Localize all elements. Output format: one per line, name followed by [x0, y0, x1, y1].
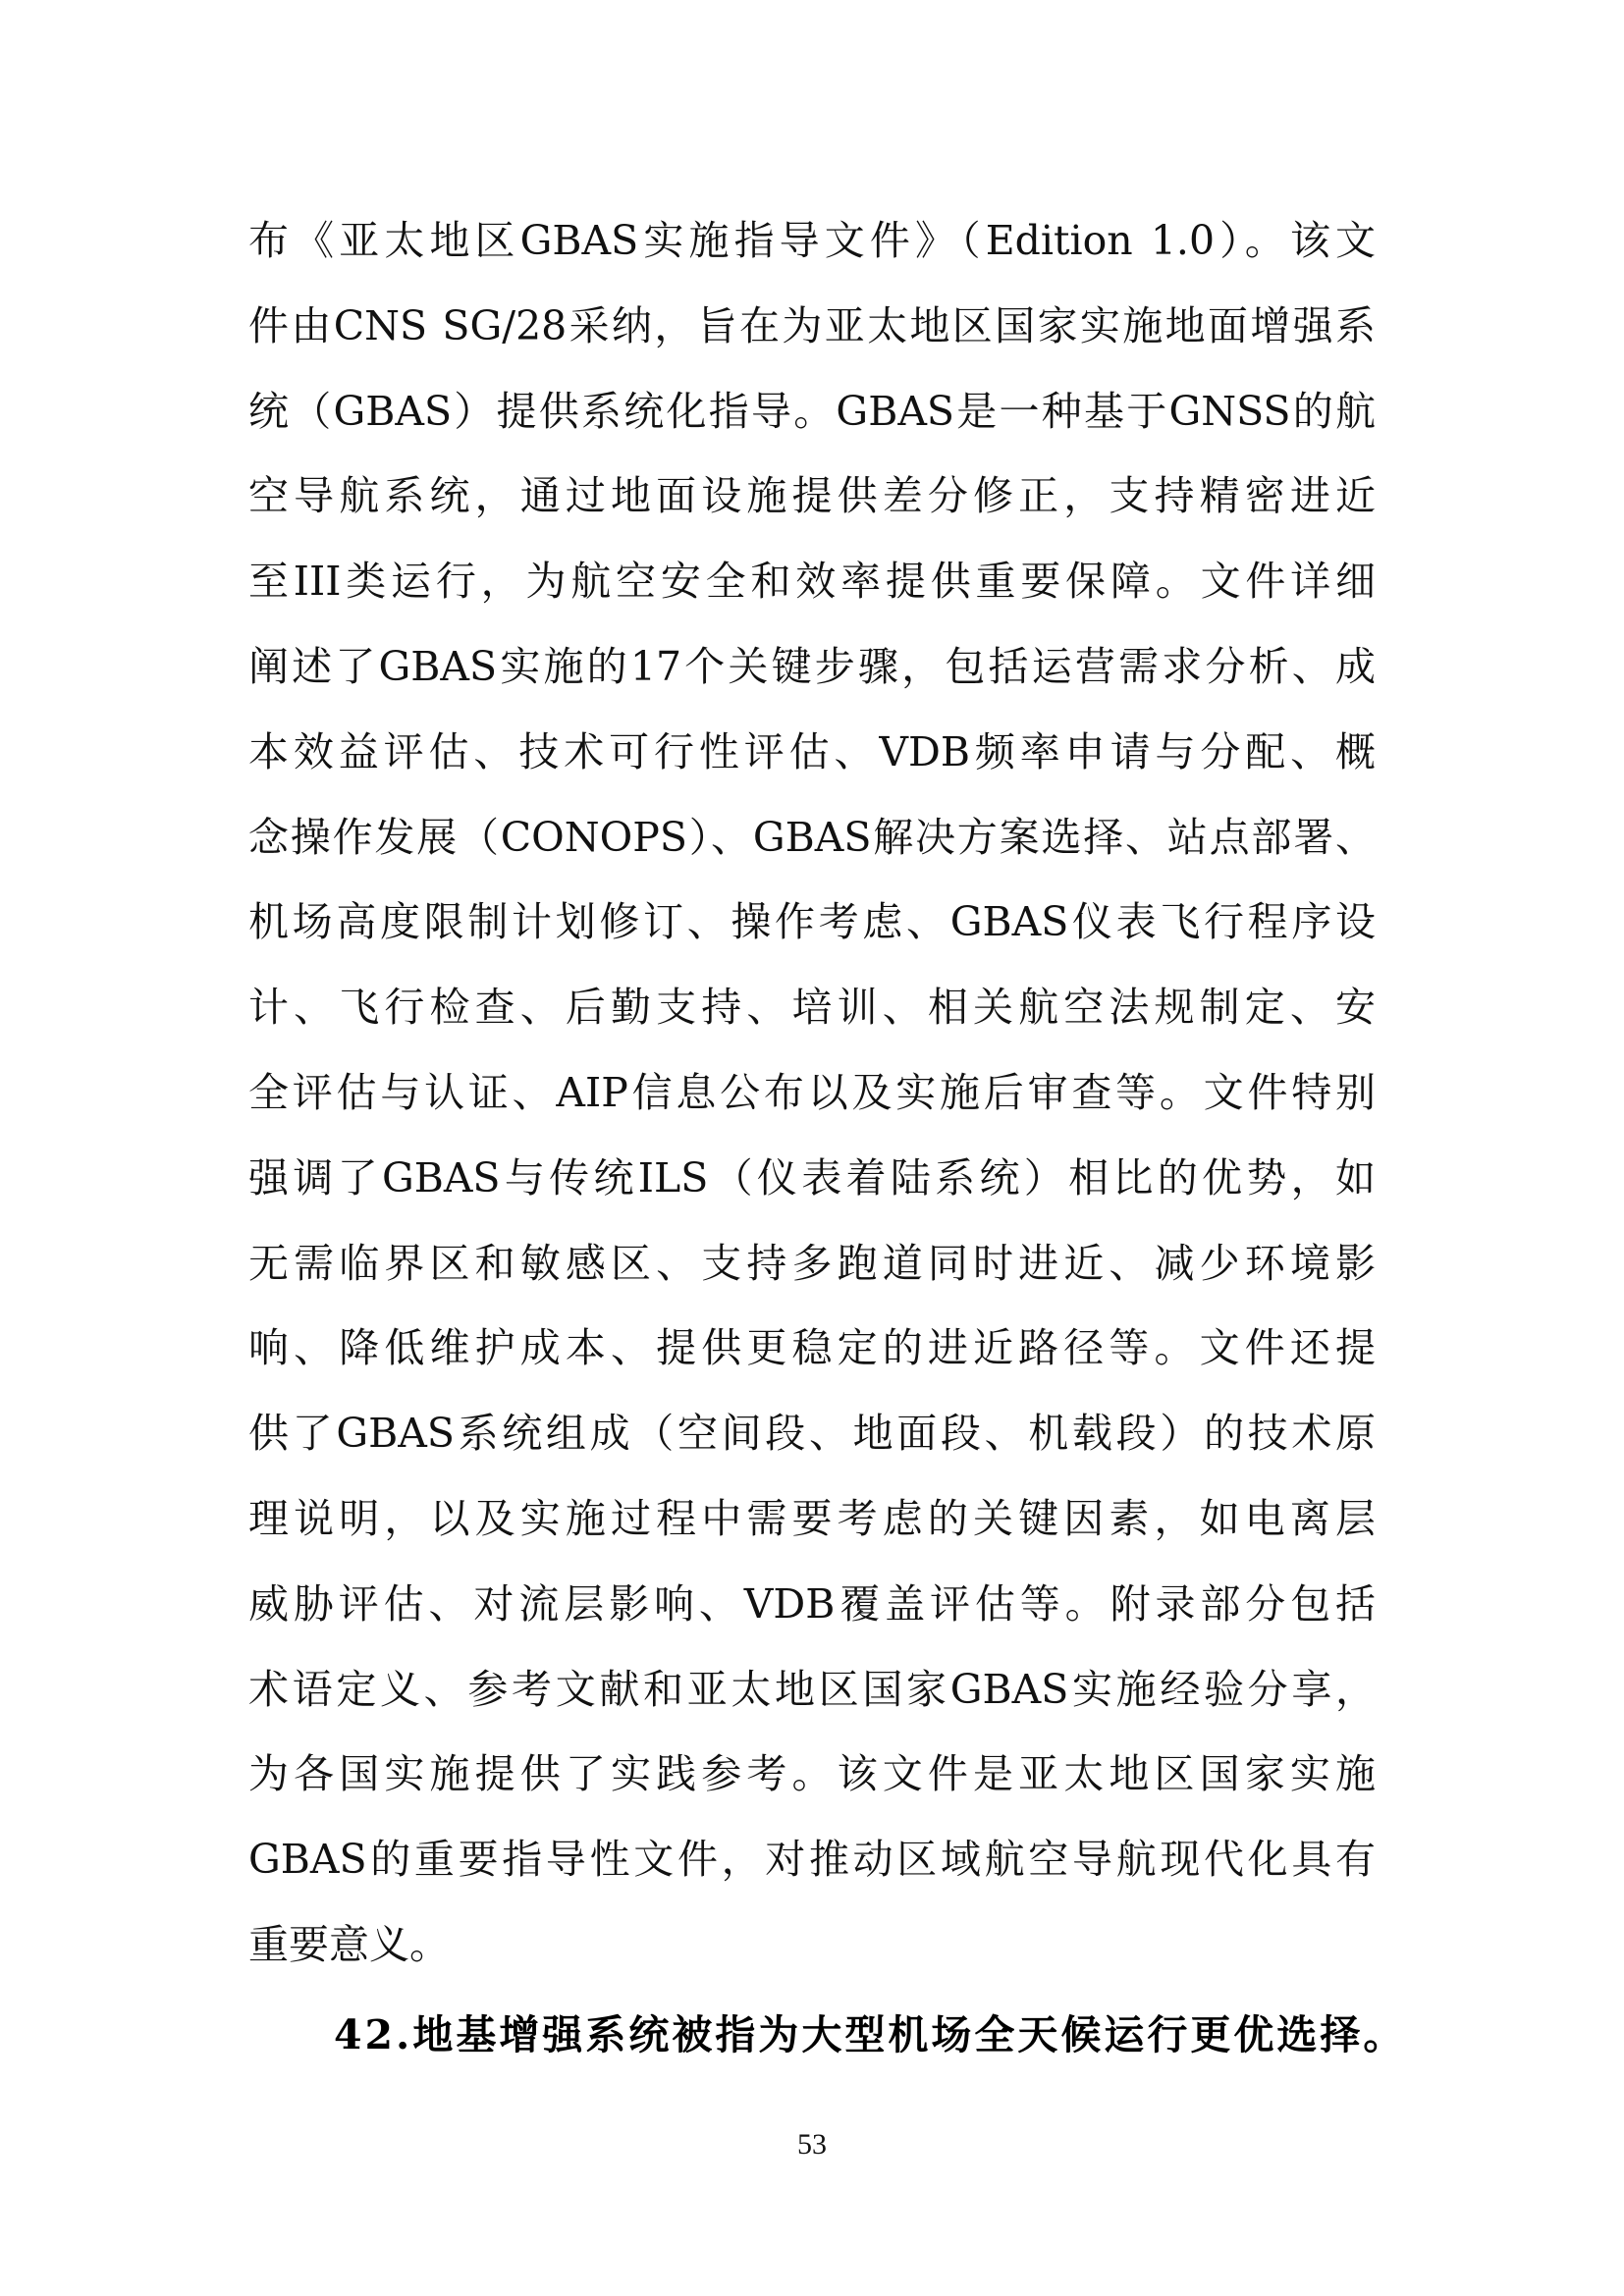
document-page: 布《亚太地区GBAS实施指导文件》（Edition 1.0）。该文 件由CNS … — [0, 0, 1624, 2296]
body-line: 供了GBAS系统组成（空间段、地面段、机载段）的技术原 — [248, 1391, 1376, 1476]
body-line: 机场高度限制计划修订、操作考虑、GBAS仪表飞行程序设 — [248, 880, 1376, 965]
body-line: 全评估与认证、AIP信息公布以及实施后审查等。文件特别 — [248, 1050, 1376, 1136]
body-line: 强调了GBAS与传统ILS（仪表着陆系统）相比的优势，如 — [248, 1136, 1376, 1221]
body-line: 空导航系统，通过地面设施提供差分修正，支持精密进近 — [248, 454, 1376, 539]
body-line: 术语定义、参考文献和亚太地区国家GBAS实施经验分享， — [248, 1647, 1376, 1733]
body-line: 本效益评估、技术可行性评估、VDB频率申请与分配、概 — [248, 710, 1376, 795]
body-line: 为各国实施提供了实践参考。该文件是亚太地区国家实施 — [248, 1732, 1376, 1817]
body-line: 至III类运行，为航空安全和效率提供重要保障。文件详细 — [248, 539, 1376, 624]
body-line: 件由CNS SG/28采纳，旨在为亚太地区国家实施地面增强系 — [248, 284, 1376, 369]
body-line: 念操作发展（CONOPS）、GBAS解决方案选择、站点部署、 — [248, 795, 1376, 881]
body-line: 响、降低维护成本、提供更稳定的进近路径等。文件还提 — [248, 1306, 1376, 1391]
body-line: 无需临界区和敏感区、支持多跑道同时进近、减少环境影 — [248, 1221, 1376, 1307]
page-number: 53 — [0, 2128, 1624, 2162]
body-line: 阐述了GBAS实施的17个关键步骤，包括运营需求分析、成 — [248, 624, 1376, 710]
body-line: 重要意义。 — [248, 1902, 1376, 1988]
body-paragraph: 布《亚太地区GBAS实施指导文件》（Edition 1.0）。该文 件由CNS … — [248, 198, 1387, 1988]
body-line: 理说明，以及实施过程中需要考虑的关键因素，如电离层 — [248, 1476, 1376, 1562]
section-heading: 42.地基增强系统被指为大型机场全天候运行更优选择。 — [334, 2002, 1406, 2060]
body-line: 布《亚太地区GBAS实施指导文件》（Edition 1.0）。该文 — [248, 198, 1376, 284]
body-line: GBAS的重要指导性文件，对推动区域航空导航现代化具有 — [248, 1817, 1376, 1902]
body-line: 威胁评估、对流层影响、VDB覆盖评估等。附录部分包括 — [248, 1562, 1376, 1647]
body-line: 统（GBAS）提供系统化指导。GBAS是一种基于GNSS的航 — [248, 369, 1376, 454]
body-line: 计、飞行检查、后勤支持、培训、相关航空法规制定、安 — [248, 965, 1376, 1050]
